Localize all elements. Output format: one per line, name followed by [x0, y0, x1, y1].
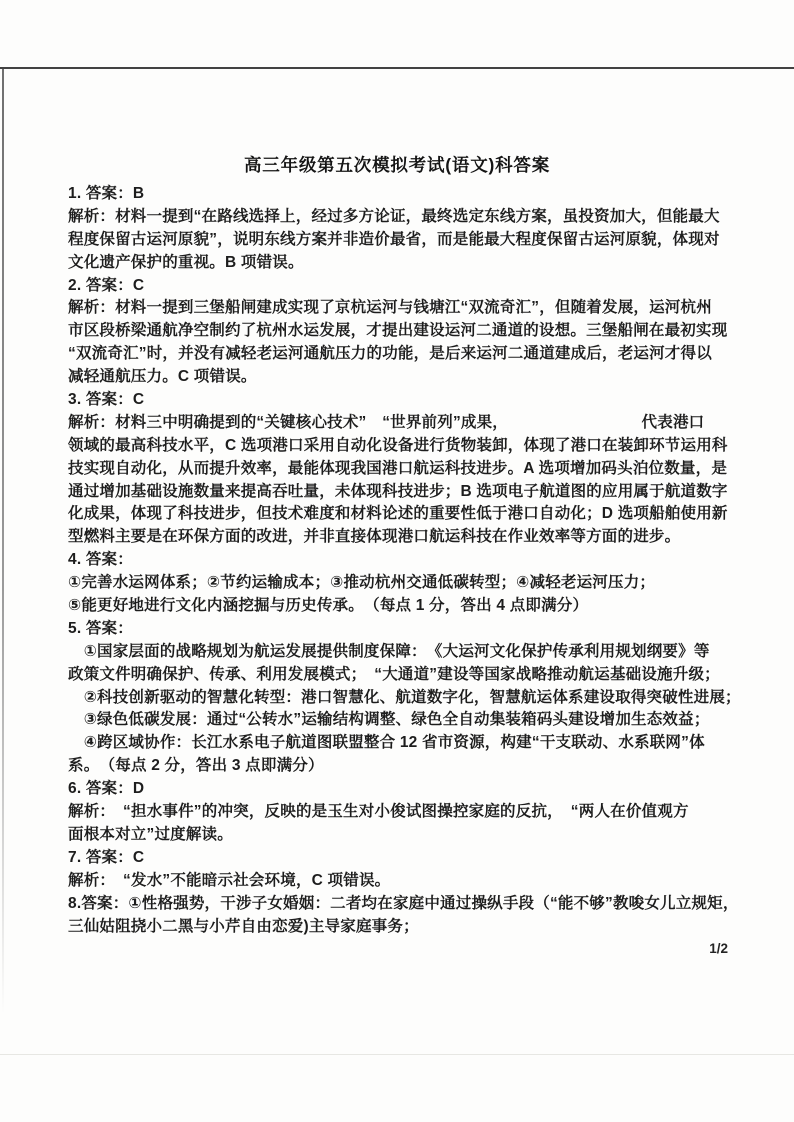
page-number: 1/2 — [68, 941, 728, 956]
answer-line: “双流奇汇”时，并没有减轻老运河通航压力的功能，是后来运河二通道建成后，老运河才… — [68, 343, 758, 366]
answer-line: 减轻通航压力。C 项错误。 — [68, 366, 758, 389]
answer-line: 解析：材料一提到“在路线选择上，经过多方论证，最终选定东线方案，虽投资加大，但能… — [68, 206, 758, 229]
answer-line: 文化遗产保护的重视。B 项错误。 — [68, 252, 758, 275]
answer-heading: 6. 答案：D — [68, 778, 758, 801]
answer-heading: 7. 答案：C — [68, 847, 758, 870]
answer-line: ④跨区域协作：长江水系电子航道图联盟整合 12 省市资源，构建“干支联动、水系联… — [68, 732, 758, 755]
answer-heading: 8.答案：①性格强势，干涉子女婚姻：二者均在家庭中通过操纵手段（“能不够”教唆女… — [68, 893, 758, 916]
answer-line: 政策文件明确保护、传承、利用发展模式； “大通道”建设等国家战略推动航运基础设施… — [68, 664, 758, 687]
answer-line: 化成果，体现了科技进步，但技术难度和材料论述的重要性低于港口自动化；D 选项船舶… — [68, 503, 758, 526]
answer-line: ③绿色低碳发展：通过“公转水”运输结构调整、绿色全自动集装箱码头建设增加生态效益… — [68, 709, 758, 732]
scan-bottom-border — [0, 1054, 794, 1055]
answer-heading: 3. 答案：C — [68, 389, 758, 412]
scan-left-border — [2, 69, 4, 1014]
answers-list: 1. 答案：B解析：材料一提到“在路线选择上，经过多方论证，最终选定东线方案，虽… — [68, 183, 758, 938]
answer-line: 解析：材料一提到三堡船闸建成实现了京杭运河与钱塘江“双流奇汇”，但随着发展，运河… — [68, 297, 758, 320]
answer-line: 型燃料主要是在环保方面的改进，并非直接体现港口航运科技在作业效率等方面的进步。 — [68, 526, 758, 549]
answer-line: 系。 （每点 2 分，答出 3 点即满分） — [68, 755, 758, 778]
answer-line: 通过增加基础设施数量来提高吞吐量，未体现科技进步；B 选项电子航道图的应用属于航… — [68, 481, 758, 504]
answer-heading: 2. 答案：C — [68, 275, 758, 298]
scan-top-border — [0, 67, 794, 69]
answer-heading: 5. 答案： — [68, 618, 758, 641]
answer-line: ⑤能更好地进行文化内涵挖掘与历史传承。 （每点 1 分，答出 4 点即满分） — [68, 595, 758, 618]
answer-line: ①国家层面的战略规划为航运发展提供制度保障： 《大运河文化保护传承利用规划纲要》… — [68, 641, 758, 664]
answer-line: 解析：材料三中明确提到的“关键核心技术” “世界前列”成果， 代表港口 — [68, 412, 758, 435]
page-title: 高三年级第五次模拟考试(语文)科答案 — [0, 152, 794, 177]
answer-line: ①完善水运网体系；②节约运输成本；③推动杭州交通低碳转型；④减轻老运河压力； — [68, 572, 758, 595]
answer-heading: 1. 答案：B — [68, 183, 758, 206]
answer-line: 解析： “发水”不能暗示社会环境，C 项错误。 — [68, 870, 758, 893]
answer-line: 面根本对立”过度解读。 — [68, 824, 758, 847]
answer-line: 领域的最高科技水平，C 选项港口采用自动化设备进行货物装卸，体现了港口在装卸环节… — [68, 435, 758, 458]
answer-line: ②科技创新驱动的智慧化转型：港口智慧化、航道数字化，智慧航运体系建设取得突破性进… — [68, 687, 758, 710]
document-page: 高三年级第五次模拟考试(语文)科答案 1. 答案：B解析：材料一提到“在路线选择… — [0, 0, 794, 1122]
answer-line: 市区段桥梁通航净空制约了杭州水运发展，才提出建设运河二通道的设想。三堡船闸在最初… — [68, 320, 758, 343]
answer-heading: 4. 答案： — [68, 549, 758, 572]
answer-line: 程度保留古运河原貌”，说明东线方案并非造价最省，而是能最大程度保留古运河原貌，体… — [68, 229, 758, 252]
answer-line: 解析： “担水事件”的冲突，反映的是玉生对小俊试图操控家庭的反抗， “两人在价值… — [68, 801, 758, 824]
answer-line: 技实现自动化，从而提升效率，最能体现我国港口航运科技进步。A 选项增加码头泊位数… — [68, 458, 758, 481]
answer-line: 三仙姑阻挠小二黑与小芹自由恋爱)主导家庭事务； — [68, 916, 758, 939]
